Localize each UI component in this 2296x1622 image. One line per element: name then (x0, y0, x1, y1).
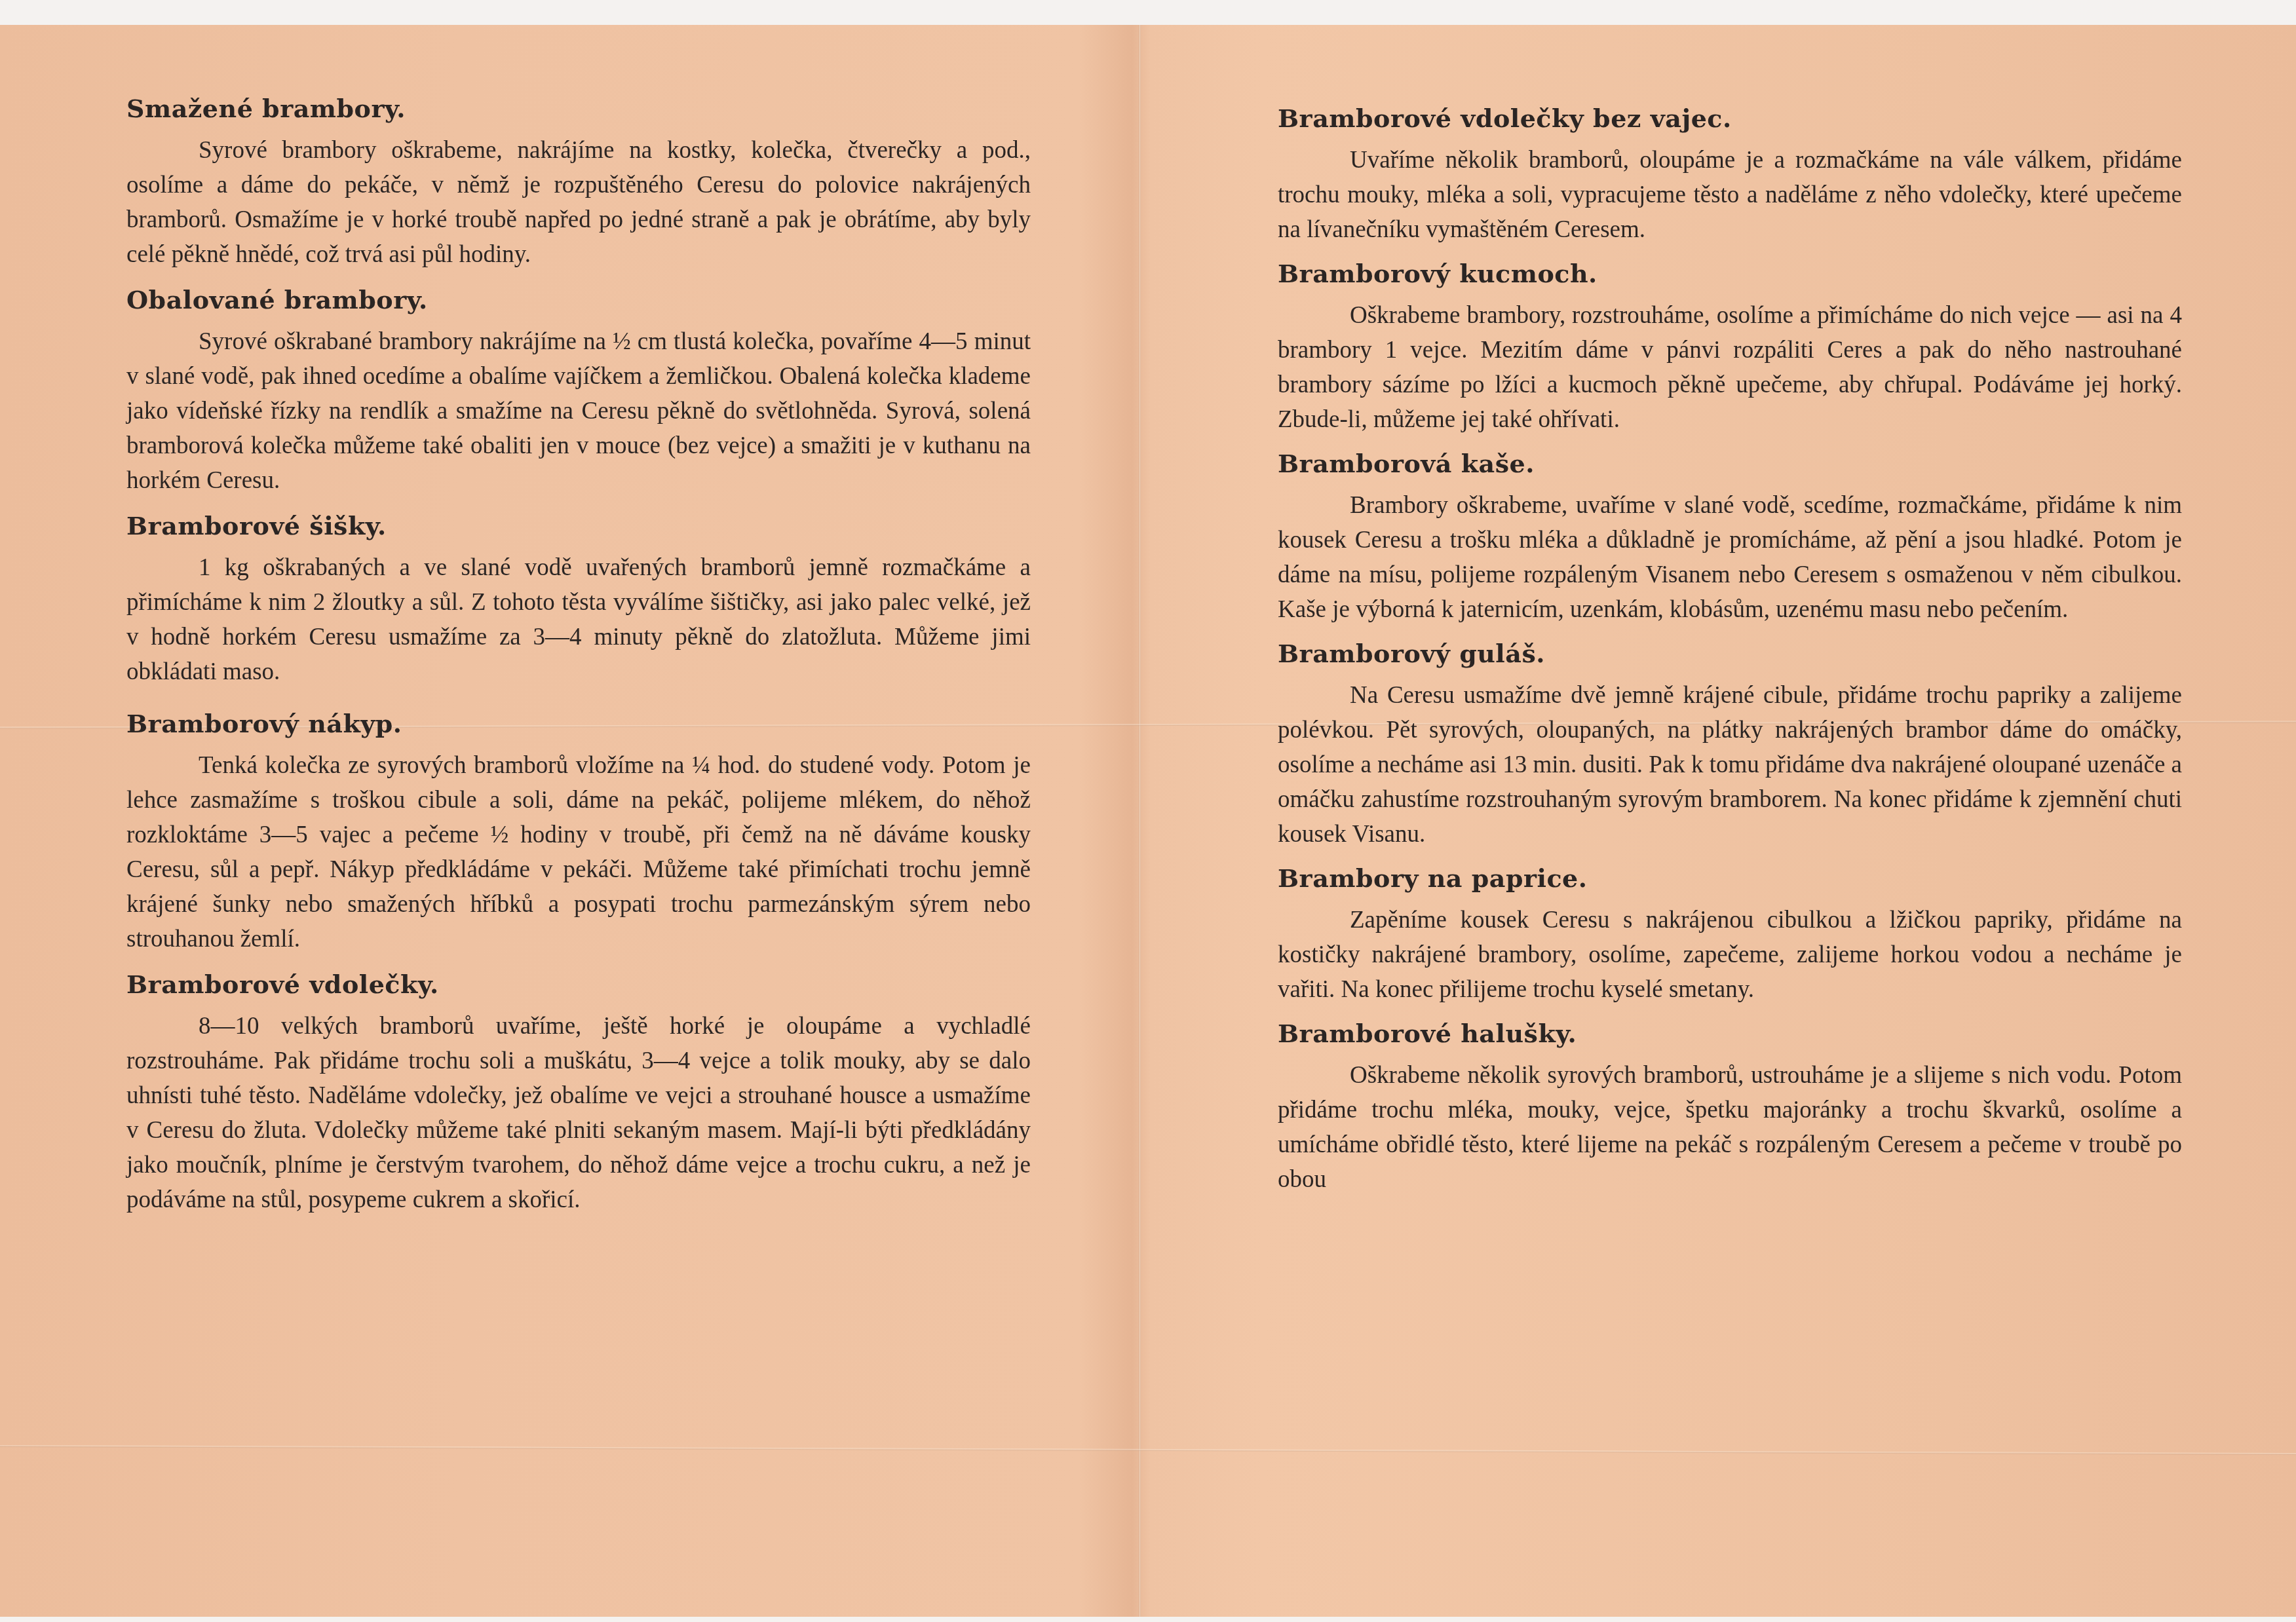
recipe-title: Bramborový nákyp. (126, 705, 1031, 743)
recipe-bramborove-halusky: Bramborové halušky. Oškrabeme několik sy… (1278, 1015, 2182, 1197)
recipe-text: Syrové oškrabané brambory nakrájíme na ½… (126, 324, 1031, 498)
recipe-text: Oškrabeme několik syrových bramborů, ust… (1278, 1058, 2182, 1197)
right-page: Bramborové vdolečky bez vajec. Uvaříme n… (1278, 100, 2182, 1205)
recipe-title: Smažené brambory. (126, 90, 1031, 128)
recipe-bramborova-kase: Bramborová kaše. Brambory oškrabeme, uva… (1278, 445, 2182, 627)
recipe-bramborove-sisky: Bramborové šišky. 1 kg oškrabaných a ve … (126, 507, 1031, 689)
recipe-text: 1 kg oškrabaných a ve slané vodě uvařený… (126, 550, 1031, 689)
recipe-title: Bramborové halušky. (1278, 1015, 2182, 1053)
recipe-bramborovy-nakyp: Bramborový nákyp. Tenká kolečka ze syrov… (126, 705, 1031, 956)
recipe-text: 8—10 velkých bramborů uvaříme, ještě hor… (126, 1009, 1031, 1217)
recipe-bramborove-vdolecky: Bramborové vdolečky. 8—10 velkých brambo… (126, 966, 1031, 1217)
recipe-brambory-na-paprice: Brambory na paprice. Zapěníme kousek Cer… (1278, 859, 2182, 1007)
recipe-bramborovy-kucmoch: Bramborový kucmoch. Oškrabeme brambory, … (1278, 255, 2182, 437)
recipe-title: Bramborové vdolečky bez vajec. (1278, 100, 2182, 138)
recipe-title: Obalované brambory. (126, 281, 1031, 319)
center-fold (1139, 25, 1141, 1617)
recipe-text: Syrové brambory oškrabeme, nakrájíme na … (126, 133, 1031, 272)
recipe-text: Na Ceresu usmažíme dvě jemně krájené cib… (1278, 678, 2182, 852)
recipe-title: Brambory na paprice. (1278, 859, 2182, 897)
recipe-title: Bramborový guláš. (1278, 635, 2182, 673)
recipe-text: Oškrabeme brambory, rozstrouháme, osolím… (1278, 298, 2182, 437)
recipe-smazene-brambory: Smažené brambory. Syrové brambory oškrab… (126, 90, 1031, 272)
recipe-title: Bramborový kucmoch. (1278, 255, 2182, 293)
recipe-text: Brambory oškrabeme, uvaříme v slané vodě… (1278, 488, 2182, 627)
recipe-text: Tenká kolečka ze syrových bramborů vloží… (126, 748, 1031, 956)
recipe-vdolecky-bez-vajec: Bramborové vdolečky bez vajec. Uvaříme n… (1278, 100, 2182, 247)
recipe-text: Uvaříme několik bramborů, oloupáme je a … (1278, 143, 2182, 247)
recipe-title: Bramborové vdolečky. (126, 966, 1031, 1004)
recipe-text: Zapěníme kousek Ceresu s nakrájenou cibu… (1278, 903, 2182, 1007)
left-page: Smažené brambory. Syrové brambory oškrab… (126, 90, 1031, 1224)
recipe-obalovane-brambory: Obalované brambory. Syrové oškrabané bra… (126, 281, 1031, 498)
recipe-title: Bramborová kaše. (1278, 445, 2182, 483)
recipe-bramborovy-gulas: Bramborový guláš. Na Ceresu usmažíme dvě… (1278, 635, 2182, 852)
recipe-title: Bramborové šišky. (126, 507, 1031, 545)
